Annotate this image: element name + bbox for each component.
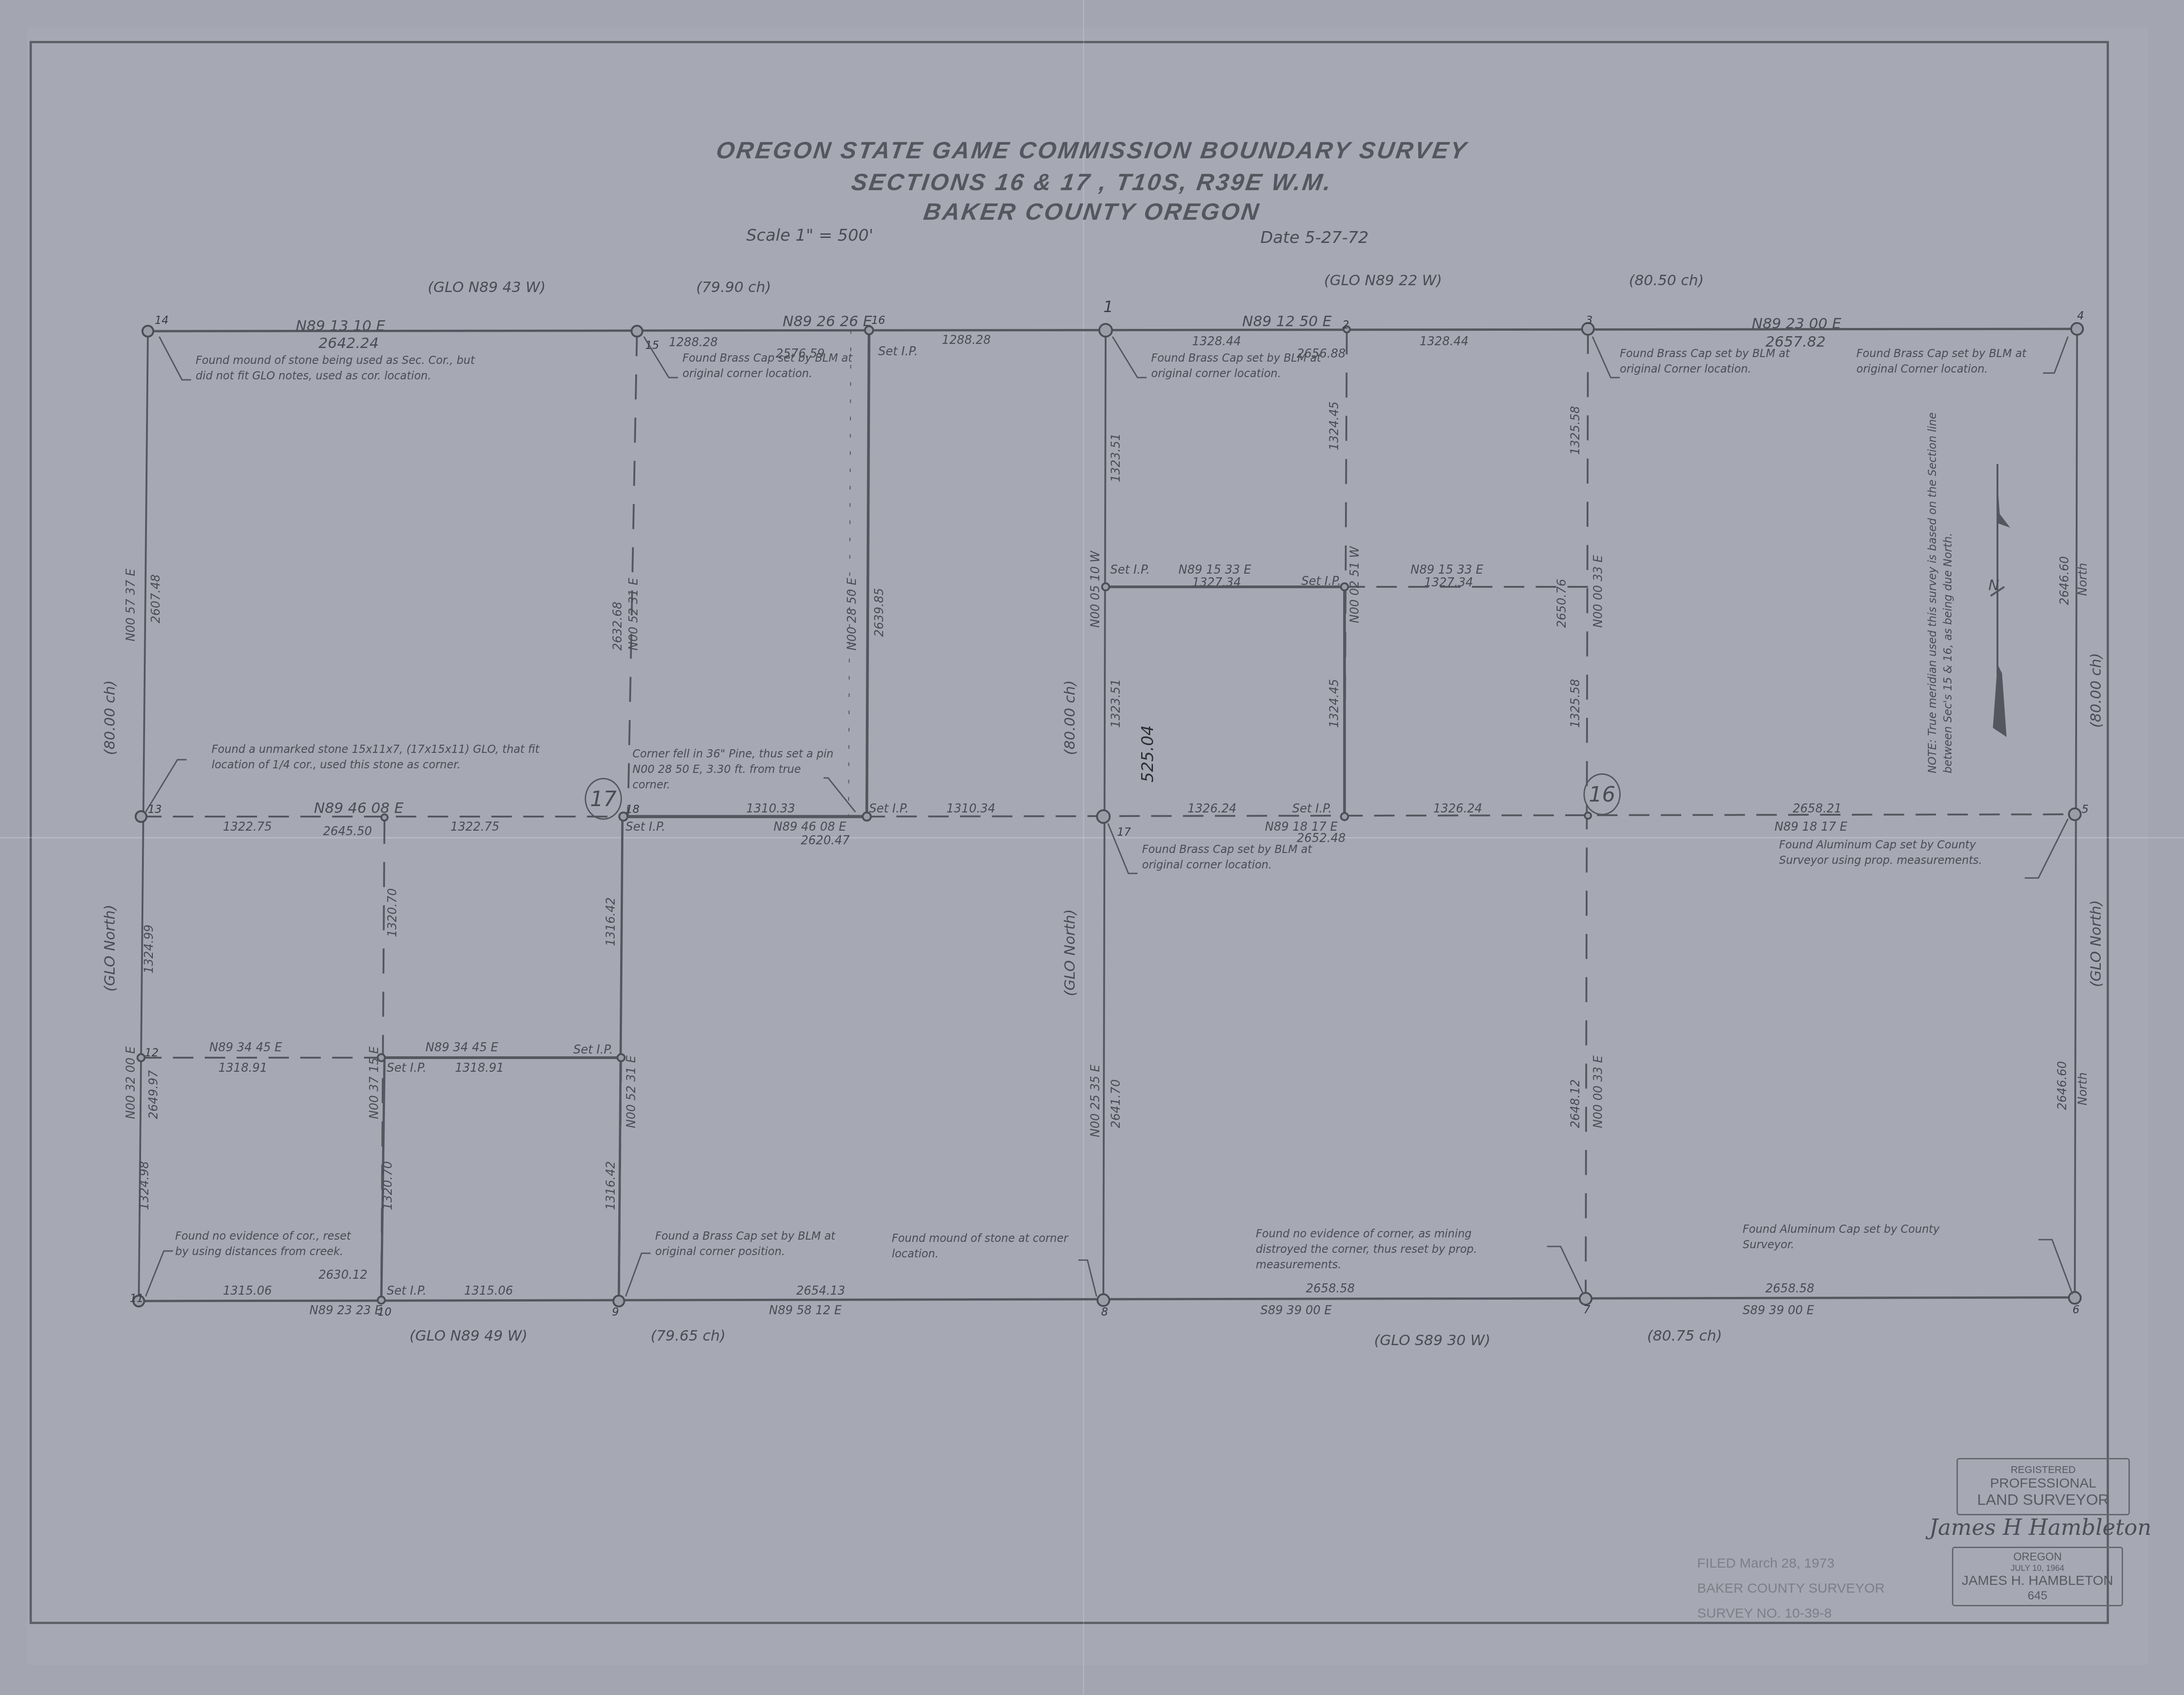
- corner-number: 18: [626, 803, 640, 816]
- distance-label: 1288.28: [942, 334, 991, 346]
- distance-label: 2642.24: [318, 336, 379, 350]
- corner-number: 3: [1586, 314, 1592, 327]
- stamp-line: JAMES H. HAMBLETON: [1953, 1573, 2122, 1589]
- distance-label: 1323.51: [1110, 679, 1122, 728]
- corner-number: 5: [2082, 803, 2088, 816]
- corner-number: 2: [1342, 318, 1349, 331]
- bearing-label: N00 05 10 W: [1090, 551, 1102, 628]
- corner-note: Found mound of stone at corner location.: [892, 1231, 1083, 1261]
- corner-number: 14: [155, 314, 169, 327]
- corner-number: 7: [1583, 1303, 1590, 1316]
- set-ip-label: Set I.P.: [1292, 803, 1332, 815]
- bearing-label: N89 13 10 E: [296, 318, 385, 333]
- distance-label: 2607.48: [150, 574, 162, 623]
- distance-label: 2654.13: [796, 1285, 845, 1297]
- corner-number: 6: [2073, 1303, 2079, 1316]
- distance-label: 1320.70: [387, 888, 399, 937]
- bearing-label: N00 37 15 E: [369, 1046, 380, 1119]
- distance-label: 2630.12: [318, 1269, 368, 1281]
- bearing-label: N00 00 33 E: [1592, 1055, 1604, 1128]
- distance-label: 1324.98: [139, 1161, 151, 1210]
- set-ip-label: Set I.P.: [626, 821, 665, 833]
- set-ip-label: Set I.P.: [878, 346, 918, 358]
- glo-north-west-bearing: (GLO N89 43 W): [428, 280, 546, 294]
- corner-note: Found mound of stone being used as Sec. …: [196, 353, 478, 383]
- corner-note: Found Brass Cap set by BLM at original C…: [1856, 346, 2038, 377]
- stamp-line: LAND SURVEYOR: [1958, 1491, 2128, 1509]
- distance-label: 2658.58: [1765, 1283, 1815, 1295]
- corner-note: Found a Brass Cap set by BLM at original…: [655, 1228, 846, 1259]
- bearing-label: N00 02 51 W: [1349, 546, 1361, 623]
- distance-label: 2646.60: [2059, 556, 2071, 605]
- acreage-label: 525.04: [1140, 725, 1156, 782]
- glo-south-west-chains: (79.65 ch): [651, 1328, 726, 1343]
- set-ip-label: Set I.P.: [387, 1285, 426, 1297]
- distance-label: 1316.42: [605, 1161, 617, 1210]
- corner-note: Found Brass Cap set by BLM at original c…: [1142, 842, 1333, 873]
- corner-note: Found no evidence of corner, as mining d…: [1256, 1226, 1511, 1272]
- corner-note: Found Brass Cap set by BLM at original c…: [1151, 350, 1342, 381]
- glo-chains-label: (80.00 ch): [1062, 680, 1077, 755]
- distance-label: 1288.28: [669, 337, 718, 348]
- bearing-label: N89 15 33 E: [1410, 564, 1483, 576]
- distance-label: 2632.68: [612, 601, 624, 651]
- corner-number: 16: [871, 314, 885, 327]
- north-arrow-icon: N: [1988, 578, 1999, 592]
- distance-label: 1310.33: [746, 803, 795, 815]
- bearing-label: N00 25 35 E: [1090, 1064, 1102, 1137]
- filed-office: BAKER COUNTY SURVEYOR: [1697, 1581, 1885, 1596]
- set-ip-label: Set I.P.: [573, 1044, 613, 1056]
- distance-label: 2645.50: [323, 826, 372, 837]
- set-ip-label: Set I.P.: [387, 1062, 426, 1074]
- bearing-label: N00 52 31 E: [628, 578, 640, 651]
- glo-north-east-chains: (80.50 ch): [1629, 273, 1704, 288]
- bearing-label: N89 46 08 E: [314, 801, 404, 815]
- distance-label: 2620.47: [801, 835, 850, 847]
- set-ip-label: Set I.P.: [1110, 564, 1150, 576]
- bearing-label: North: [2077, 1072, 2089, 1105]
- bearing-label: N00 57 37 E: [125, 569, 137, 641]
- section-16-label: 16: [1583, 773, 1621, 815]
- stamp-line: 645: [1953, 1589, 2122, 1603]
- distance-label: 1318.91: [218, 1062, 268, 1074]
- corner-number: 10: [378, 1306, 392, 1318]
- corner-note: Found a unmarked stone 15x11x7, (17x15x1…: [212, 742, 576, 772]
- distance-label: 2658.58: [1306, 1283, 1355, 1295]
- set-ip-label: Set I.P.: [869, 803, 909, 815]
- bearing-label: N89 34 45 E: [209, 1042, 282, 1054]
- corner-note: Corner fell in 36" Pine, thus set a pin …: [632, 746, 842, 792]
- filed-date: FILED March 28, 1973: [1697, 1556, 1835, 1571]
- bearing-label: N00 28 50 E: [846, 578, 858, 651]
- bearing-label: N89 23 23 E: [309, 1305, 382, 1317]
- bearing-label: N00 52 31 E: [626, 1055, 637, 1128]
- corner-number: 8: [1101, 1306, 1108, 1318]
- distance-label: 1310.34: [946, 803, 996, 815]
- glo-north-east-bearing: (GLO N89 22 W): [1324, 273, 1442, 288]
- corner-note: Found Brass Cap set by BLM at original c…: [682, 350, 855, 381]
- distance-label: 2639.85: [874, 588, 885, 637]
- distance-label: 1315.06: [223, 1285, 272, 1297]
- stamp-line: JULY 10, 1964: [1953, 1564, 2122, 1573]
- glo-north-label: (GLO North): [2088, 900, 2103, 987]
- set-ip-label: Set I.P.: [1301, 575, 1341, 587]
- distance-label: 1324.99: [143, 924, 155, 974]
- bearing-label: N00 32 00 E: [125, 1046, 137, 1119]
- distance-label: 1320.70: [382, 1161, 394, 1210]
- corner-note: Found Aluminum Cap set by County Surveyo…: [1779, 837, 2016, 868]
- distance-label: 1326.24: [1188, 803, 1237, 815]
- bearing-label: S89 39 00 E: [1743, 1305, 1814, 1317]
- surveyor-seal-stamp: OREGON JULY 10, 1964 JAMES H. HAMBLETON …: [1952, 1547, 2123, 1606]
- distance-label: 1327.34: [1424, 577, 1473, 589]
- distance-label: 1318.91: [455, 1062, 504, 1074]
- distance-label: 2648.12: [1570, 1079, 1582, 1128]
- glo-chains-label: (80.00 ch): [102, 680, 117, 755]
- distance-label: 1322.75: [450, 821, 500, 833]
- registered-surveyor-stamp: REGISTERED PROFESSIONAL LAND SURVEYOR: [1956, 1458, 2130, 1515]
- bearing-label: North: [2077, 563, 2089, 596]
- distance-label: 2658.21: [1793, 803, 1842, 815]
- surveyor-signature: James H Hambleton: [1929, 1515, 2151, 1540]
- corner-note: Found Brass Cap set by BLM at original C…: [1620, 346, 1793, 377]
- distance-label: 1324.45: [1329, 401, 1340, 450]
- stamp-line: OREGON: [1953, 1551, 2122, 1564]
- bearing-label: N89 58 12 E: [769, 1305, 842, 1317]
- corner-note: Found no evidence of cor., reset by usin…: [175, 1228, 366, 1259]
- distance-label: 1323.51: [1110, 433, 1122, 482]
- glo-north-west-chains: (79.90 ch): [696, 280, 771, 294]
- distance-label: 2649.97: [148, 1070, 160, 1119]
- corner-number: 12: [145, 1046, 159, 1059]
- distance-label: 1315.06: [464, 1285, 513, 1297]
- survey-plat: OREGON STATE GAME COMMISSION BOUNDARY SU…: [0, 0, 2184, 1695]
- distance-label: 1316.42: [605, 897, 617, 946]
- bearing-label: N89 46 08 E: [773, 821, 846, 833]
- corner-number: 1: [1103, 298, 1113, 316]
- glo-south-east-chains: (80.75 ch): [1647, 1328, 1722, 1343]
- corner-number: 9: [612, 1306, 619, 1318]
- distance-label: 1327.34: [1192, 577, 1241, 589]
- bearing-label: N89 34 45 E: [425, 1042, 498, 1054]
- glo-chains-label: (80.00 ch): [2088, 653, 2103, 728]
- distance-label: 2646.60: [2057, 1061, 2068, 1110]
- bearing-label: N00 00 33 E: [1592, 555, 1604, 628]
- meridian-note: NOTE: True meridian used this survey is …: [1925, 400, 1956, 773]
- distance-label: 1328.44: [1192, 336, 1241, 348]
- stamp-line: REGISTERED: [1958, 1464, 2128, 1476]
- survey-number: SURVEY NO. 10-39-8: [1697, 1606, 1832, 1621]
- bearing-label: N89 12 50 E: [1242, 314, 1332, 328]
- bearing-label: S89 39 00 E: [1260, 1305, 1332, 1317]
- glo-south-west-bearing: (GLO N89 49 W): [409, 1328, 527, 1343]
- corner-number: 15: [645, 339, 659, 352]
- glo-south-east-bearing: (GLO S89 30 W): [1374, 1333, 1491, 1347]
- corner-number: 13: [148, 803, 162, 816]
- distance-label: 2641.70: [1110, 1079, 1122, 1128]
- distance-label: 1328.44: [1420, 336, 1469, 348]
- corner-note: Found Aluminum Cap set by County Surveyo…: [1743, 1221, 1979, 1252]
- bearing-label: N89 18 17 E: [1774, 821, 1847, 833]
- corner-number: 4: [2077, 309, 2084, 322]
- bearing-label: N89 26 26 E: [783, 314, 872, 328]
- glo-north-label: (GLO North): [102, 905, 117, 992]
- corner-number: 11: [130, 1292, 144, 1305]
- bearing-label: N89 15 33 E: [1178, 564, 1251, 576]
- glo-north-label: (GLO North): [1062, 909, 1077, 996]
- distance-label: 1322.75: [223, 821, 272, 833]
- section-17-label: 17: [585, 778, 622, 820]
- distance-label: 1326.24: [1433, 803, 1482, 815]
- bearing-label: N89 23 00 E: [1752, 316, 1841, 331]
- distance-label: 1325.58: [1570, 679, 1582, 728]
- distance-label: 1324.45: [1329, 679, 1340, 728]
- distance-label: 2650.76: [1556, 579, 1568, 628]
- distance-label: 1325.58: [1570, 406, 1582, 455]
- corner-number: 17: [1117, 826, 1131, 838]
- stamp-line: PROFESSIONAL: [1958, 1476, 2128, 1491]
